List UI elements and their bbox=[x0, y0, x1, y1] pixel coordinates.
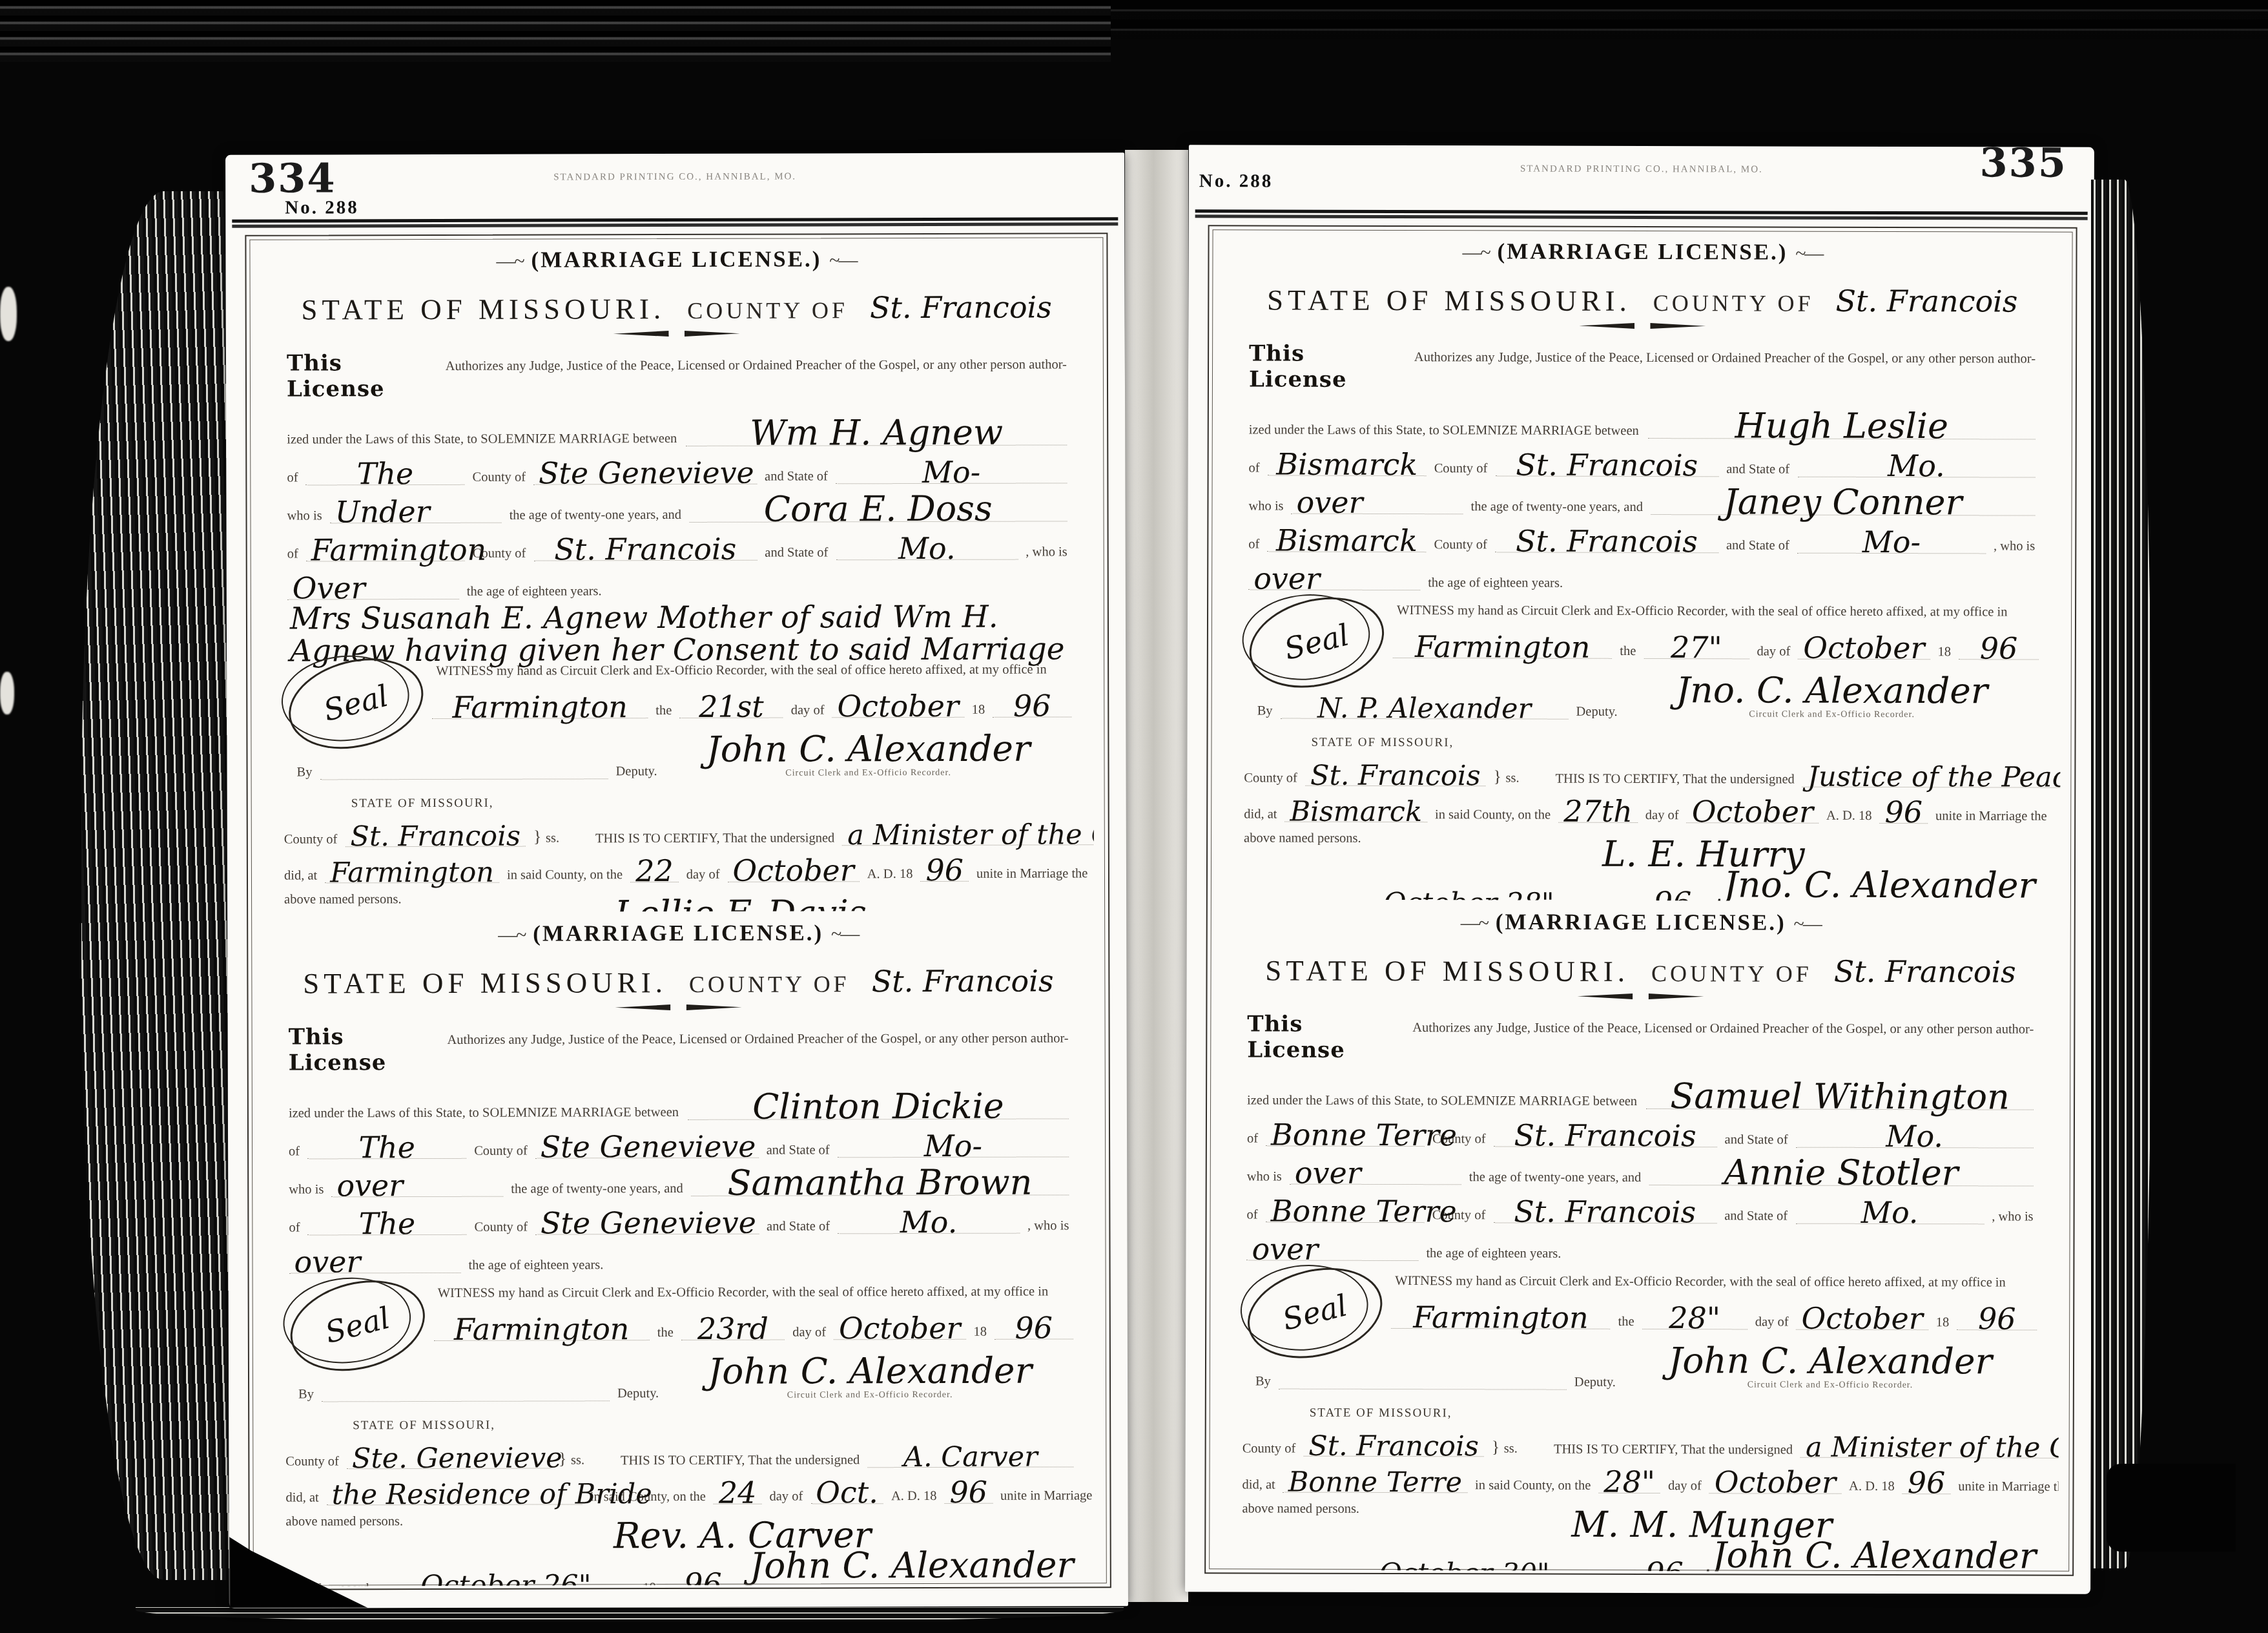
license-record-1: —~ (MARRIAGE LICENSE.) ~— STATE OF MISSO… bbox=[1222, 229, 2062, 901]
marriage-year: 96 bbox=[1908, 1470, 1946, 1495]
in-said-county-label: in said County, on the bbox=[507, 868, 623, 882]
consent-note-line-1 bbox=[292, 1278, 1067, 1280]
filed-label: Filed for record bbox=[1242, 1568, 1325, 1572]
unite-label: unite in Marriage the bbox=[1958, 1479, 2060, 1494]
county-label: COUNTY OF bbox=[1653, 289, 1814, 317]
filed-year: 96 bbox=[1645, 1561, 1684, 1572]
marriage-license-record: —~ (MARRIAGE LICENSE.) ~— STATE OF MISSO… bbox=[260, 236, 1094, 912]
day-of-label: day of bbox=[792, 1325, 826, 1340]
authorization-line-1: This License Authorizes any Judge, Justi… bbox=[289, 1022, 1069, 1076]
bride-residence-blank: Bonne Terre bbox=[1266, 1196, 1425, 1223]
certificate-county-line: County of St. Francois ss. THIS IS TO CE… bbox=[1242, 1420, 2037, 1458]
certificate-county-blank: St. Francois bbox=[345, 822, 526, 847]
county-of-label: County of bbox=[472, 470, 526, 485]
witness-year: 96 bbox=[1978, 1306, 2016, 1331]
seal-handwritten: Seal bbox=[323, 1305, 392, 1346]
witness-year-blank: 96 bbox=[1959, 633, 2039, 660]
bride-age: over bbox=[1252, 1236, 1318, 1262]
witness-signature-line: By N. P. Alexander Deputy. Jno. C. Alexa… bbox=[1257, 664, 2039, 720]
marriage-month-blank: October bbox=[727, 855, 859, 882]
did-at-label: did, at bbox=[1242, 1477, 1275, 1492]
who-is-label: , who is bbox=[1026, 545, 1067, 559]
form-border: —~ (MARRIAGE LICENSE.) ~— STATE OF MISSO… bbox=[245, 233, 1111, 1590]
certificate-state-label: STATE OF MISSOURI, bbox=[1310, 1406, 2037, 1422]
of-label: of bbox=[1249, 461, 1260, 475]
officiant-blank: A. Carver bbox=[867, 1442, 1073, 1468]
age-18-label: the age of eighteen years. bbox=[467, 584, 602, 599]
witness-section: Seal WITNESS my hand as Circuit Clerk an… bbox=[273, 1284, 1073, 1402]
ss-label: ss. bbox=[1494, 767, 1520, 786]
flourish-left-icon: —~ bbox=[1461, 912, 1488, 933]
divider-ornament-icon bbox=[270, 329, 1084, 337]
filed-year: 96 bbox=[1654, 890, 1692, 902]
this-license-label: This License bbox=[1247, 1011, 1403, 1063]
seal-handwritten: Seal bbox=[1281, 1293, 1350, 1333]
bride-residence-blank: Bismarck bbox=[1267, 525, 1426, 552]
recorder-signature-block: John C. Alexander Circuit Clerk and Ex-O… bbox=[750, 1550, 1074, 1586]
groom-county: St. Francois bbox=[1516, 452, 1698, 478]
witness-place-blank: Farmington bbox=[1393, 632, 1613, 659]
of-label: of bbox=[289, 1145, 300, 1160]
groom-county: St. Francois bbox=[1514, 1123, 1696, 1149]
county-label: COUNTY OF bbox=[689, 970, 850, 998]
auth-text-1: Authorizes any Judge, Justice of the Pea… bbox=[447, 1031, 1068, 1048]
officiant-title: a Minister of the Gospel bbox=[1806, 1436, 2060, 1461]
bride-name-blank: Janey Conner bbox=[1651, 484, 2036, 516]
authorization-line-2: ized under the Laws of this State, to SO… bbox=[289, 1076, 1069, 1121]
county-of-label: County of bbox=[474, 1144, 528, 1159]
groom-age: Under bbox=[335, 499, 430, 525]
witness-date-line: Farmington the 28" day of October 18 96 bbox=[1391, 1289, 2037, 1331]
in-said-county-label: in said County, on the bbox=[1435, 807, 1551, 822]
witness-statement: WITNESS my hand as Circuit Clerk and Ex-… bbox=[438, 1284, 1073, 1301]
flourish-left-icon: —~ bbox=[498, 924, 525, 946]
certificate-county-blank: St. Francois bbox=[1303, 1432, 1484, 1457]
top-rule bbox=[1195, 209, 2088, 215]
divider-ornament-icon bbox=[272, 1003, 1086, 1011]
ad-18-label: A. D. 18 bbox=[1849, 1479, 1895, 1494]
authorization-line-2: ized under the Laws of this State, to SO… bbox=[1249, 395, 2036, 439]
state-of-label: and State of bbox=[767, 1219, 830, 1234]
witness-day-blank: 21st bbox=[679, 691, 783, 718]
state-county-line: STATE OF MISSOURI. COUNTY OF St. Francoi… bbox=[1232, 283, 2052, 318]
authorization-line-1: This License Authorizes any Judge, Justi… bbox=[1249, 340, 2036, 394]
consent-note-line-1 bbox=[1251, 596, 2032, 598]
witness-month-blank: October bbox=[832, 691, 964, 718]
did-at-label: did, at bbox=[1244, 807, 1277, 822]
witness-year-blank: 96 bbox=[995, 1313, 1073, 1339]
groom-name: Wm H. Agnew bbox=[750, 418, 1003, 448]
marriage-year-blank: 96 bbox=[1902, 1468, 1951, 1494]
groom-name-blank: Hugh Leslie bbox=[1648, 408, 2036, 440]
witness-month: October bbox=[1801, 1306, 1923, 1332]
marriage-year: 96 bbox=[949, 1480, 987, 1505]
page-stack-left-edge bbox=[81, 191, 231, 1580]
witness-day: 28" bbox=[1669, 1305, 1720, 1331]
license-title: —~ (MARRIAGE LICENSE.) ~— bbox=[271, 919, 1085, 947]
who-is-label: , who is bbox=[1992, 1209, 2033, 1224]
witness-year-blank: 96 bbox=[993, 691, 1071, 717]
certificate-state-label: STATE OF MISSOURI, bbox=[351, 795, 1072, 811]
witness-date-line: Farmington the 27" day of October 18 96 bbox=[1393, 618, 2039, 660]
auth-text-2: ized under the Laws of this State, to SO… bbox=[289, 1105, 679, 1121]
seal-handwritten: Seal bbox=[1282, 623, 1351, 663]
county-label: COUNTY OF bbox=[687, 296, 848, 324]
consent-note-line-1 bbox=[1249, 1267, 2030, 1269]
marriage-year-blank: 96 bbox=[1880, 797, 1928, 824]
bride-age-blank: Over bbox=[287, 573, 459, 600]
groom-county: Ste Genevieve bbox=[539, 461, 754, 486]
bride-state-blank: Mo. bbox=[838, 1207, 1020, 1234]
witness-month: October bbox=[837, 694, 958, 720]
authorization-line-1: This License Authorizes any Judge, Justi… bbox=[1247, 1011, 2034, 1065]
license-title-text: (MARRIAGE LICENSE.) bbox=[1498, 238, 1788, 264]
license-title: —~ (MARRIAGE LICENSE.) ~— bbox=[269, 245, 1083, 273]
deputy-name-blank bbox=[1279, 1377, 1567, 1390]
age-18-label: the age of eighteen years. bbox=[1428, 576, 1563, 591]
auth-text-1: Authorizes any Judge, Justice of the Pea… bbox=[1414, 350, 2036, 367]
certify-statement: THIS IS TO CERTIFY, That the undersigned bbox=[1554, 1442, 1793, 1458]
groom-age-blank: Under bbox=[330, 497, 502, 524]
did-at-label: did, at bbox=[284, 868, 317, 883]
groom-residence-blank: The bbox=[305, 459, 464, 486]
deputy-name-blank: N. P. Alexander bbox=[1281, 694, 1569, 720]
certificate-county: St. Francois bbox=[350, 825, 521, 849]
county-of-label: County of bbox=[474, 1220, 528, 1235]
page-stack-bottom-edge bbox=[136, 1607, 1124, 1621]
bride-county: St. Francois bbox=[554, 537, 736, 563]
marriage-day: 22 bbox=[635, 858, 674, 884]
groom-age-blank: over bbox=[1290, 1158, 1461, 1185]
clerk-signature: Jno. C. Alexander bbox=[1676, 669, 1988, 711]
year-prefix-label: 18 bbox=[1603, 1570, 1617, 1572]
certificate-county: Ste. Genevieve bbox=[352, 1446, 562, 1470]
witness-day-blank: 27" bbox=[1644, 632, 1749, 659]
witness-section: Seal WITNESS my hand as Circuit Clerk an… bbox=[271, 662, 1071, 780]
county-of-label: County of bbox=[1434, 537, 1487, 552]
bride-residence-blank: The bbox=[307, 1209, 466, 1236]
flourish-right-icon: ~— bbox=[1793, 913, 1820, 935]
clerk-signature: John C. Alexander bbox=[1668, 1340, 1992, 1382]
license-record-2: —~ (MARRIAGE LICENSE.) ~— STATE OF MISSO… bbox=[262, 910, 1096, 1586]
license-title-text: (MARRIAGE LICENSE.) bbox=[1496, 909, 1786, 935]
license-record-2: —~ (MARRIAGE LICENSE.) ~— STATE OF MISSO… bbox=[1220, 899, 2060, 1572]
page-334: 334 No. 288 STANDARD PRINTING CO., HANNI… bbox=[225, 152, 1128, 1608]
groom-state-blank: Mo. bbox=[1795, 1121, 2034, 1149]
marriage-day-blank: 28" bbox=[1598, 1467, 1660, 1493]
groom-residence-blank: Bismarck bbox=[1268, 449, 1427, 476]
bride-state: Mo. bbox=[1861, 1200, 1919, 1225]
unite-label: unite in Marriage the bbox=[1000, 1488, 1096, 1503]
bride-age: over bbox=[294, 1249, 360, 1274]
bride-state: Mo. bbox=[898, 536, 956, 561]
clerk-signature: John C. Alexander bbox=[708, 1350, 1032, 1392]
state-label: STATE OF MISSOURI. bbox=[1267, 283, 1631, 317]
form-number: No. 288 bbox=[285, 197, 359, 218]
who-is-label: , who is bbox=[1027, 1218, 1069, 1233]
witness-place-blank: Farmington bbox=[1391, 1302, 1611, 1329]
witness-month-blank: October bbox=[1798, 633, 1930, 660]
marriage-place: Farmington bbox=[330, 861, 494, 885]
marriage-month: October bbox=[1692, 799, 1813, 825]
groom-residence: Bismarck bbox=[1276, 452, 1417, 478]
certificate-county: St. Francois bbox=[1308, 1435, 1479, 1459]
groom-state: Mo- bbox=[924, 1134, 982, 1159]
witness-day: 27" bbox=[1671, 635, 1722, 660]
officiant-blank: a Minister of the Gospel bbox=[842, 820, 1094, 846]
witness-signature-line: By Deputy. John C. Alexander Circuit Cle… bbox=[298, 1346, 1073, 1402]
auth-text-2: ized under the Laws of this State, to SO… bbox=[1249, 422, 1639, 439]
filed-date-blank: October 26" bbox=[376, 1571, 635, 1586]
groom-name-blank: Wm H. Agnew bbox=[686, 415, 1067, 446]
officiant-title: A. Carver bbox=[903, 1446, 1038, 1470]
certificate-section: STATE OF MISSOURI, County of St. Francoi… bbox=[284, 795, 1073, 912]
county-of-label: County of bbox=[285, 1454, 339, 1469]
marriage-place-blank: Bismarck bbox=[1284, 798, 1427, 823]
groom-state: Mo. bbox=[1886, 1124, 1943, 1149]
certificate-state-label: STATE OF MISSOURI, bbox=[353, 1417, 1073, 1433]
witness-statement: WITNESS my hand as Circuit Clerk and Ex-… bbox=[1397, 603, 2039, 620]
unite-label: unite in Marriage the bbox=[976, 866, 1088, 881]
ad-18-label: A. D. 18 bbox=[891, 1489, 937, 1504]
county-handwritten: St. Francois bbox=[1834, 959, 2016, 985]
marriage-day-blank: 27th bbox=[1558, 796, 1638, 823]
the-label: the bbox=[655, 703, 672, 718]
this-license-label: This License bbox=[289, 1024, 438, 1076]
of-label: of bbox=[287, 471, 298, 486]
the-label: the bbox=[1620, 644, 1636, 659]
groom-state: Mo- bbox=[922, 460, 980, 485]
consent-note-line-2: Agnew having given her Consent to said M… bbox=[290, 636, 1065, 664]
bride-state: Mo- bbox=[1862, 530, 1921, 555]
flourish-right-icon: ~— bbox=[831, 923, 858, 944]
witness-statement: WITNESS my hand as Circuit Clerk and Ex-… bbox=[1395, 1274, 2037, 1291]
year-prefix-label: 18 bbox=[972, 703, 985, 718]
county-of-label: County of bbox=[1434, 461, 1488, 476]
book-spine bbox=[1125, 150, 1188, 1602]
marriage-day-blank: 22 bbox=[630, 856, 679, 882]
witness-place: Farmington bbox=[452, 694, 628, 720]
who-is-label: who is bbox=[289, 1182, 324, 1197]
filed-date: October 26" bbox=[420, 1574, 591, 1586]
groom-residence: The bbox=[357, 461, 414, 486]
witness-place-blank: Farmington bbox=[432, 692, 648, 719]
witness-signature-line: By Deputy. John C. Alexander Circuit Cle… bbox=[1255, 1335, 2037, 1391]
above-named-label: above named persons. bbox=[284, 892, 402, 907]
bride-county: St. Francois bbox=[1516, 528, 1698, 554]
in-said-county-label: in said County, on the bbox=[1475, 1478, 1591, 1493]
scanner-streaks bbox=[0, 0, 1111, 62]
by-label: By bbox=[1257, 703, 1273, 718]
scanner-streaks bbox=[1111, 0, 2268, 39]
divider-ornament-icon bbox=[1230, 992, 2050, 1000]
marriage-license-record: —~ (MARRIAGE LICENSE.) ~— STATE OF MISSO… bbox=[1220, 899, 2060, 1572]
state-of-label: and State of bbox=[1724, 1209, 1788, 1223]
flourish-right-icon: ~— bbox=[1795, 243, 1822, 264]
groom-county: Ste Genevieve bbox=[541, 1134, 756, 1160]
marriage-month-blank: October bbox=[1687, 796, 1819, 824]
witness-day: 21st bbox=[699, 694, 764, 720]
bride-residence-blank: Farmington bbox=[306, 535, 465, 562]
license-title: —~ (MARRIAGE LICENSE.) ~— bbox=[1232, 238, 2052, 265]
filed-year-blank: 96 bbox=[1632, 888, 1713, 902]
auth-text-1: Authorizes any Judge, Justice of the Pea… bbox=[1412, 1021, 2034, 1037]
marriage-place-blank: Bonne Terre bbox=[1283, 1468, 1467, 1493]
auth-text-2: ized under the Laws of this State, to SO… bbox=[287, 432, 677, 448]
certificate-county-blank: Ste. Genevieve bbox=[347, 1444, 551, 1470]
age-18-label: the age of eighteen years. bbox=[1426, 1246, 1561, 1262]
ss-label: ss. bbox=[1492, 1437, 1518, 1457]
the-label: the bbox=[657, 1326, 674, 1340]
clerk-signature-block: John C. Alexander Circuit Clerk and Ex-O… bbox=[665, 733, 1072, 779]
recorder-signature-block: John C. Alexander Circuit Clerk and Ex-O… bbox=[1712, 1540, 2036, 1572]
county-of-label: County of bbox=[284, 832, 338, 847]
witness-place: Farmington bbox=[454, 1316, 630, 1342]
license-title-text: (MARRIAGE LICENSE.) bbox=[533, 920, 823, 946]
bride-county: Ste Genevieve bbox=[541, 1211, 756, 1236]
witness-day-blank: 28" bbox=[1642, 1303, 1747, 1329]
bride-residence: The bbox=[359, 1211, 416, 1236]
groom-age: over bbox=[1297, 490, 1363, 515]
state-of-label: and State of bbox=[765, 545, 828, 560]
state-of-label: and State of bbox=[1726, 462, 1789, 477]
state-county-line: STATE OF MISSOURI. COUNTY OF St. Francoi… bbox=[1231, 953, 2051, 989]
by-label: By bbox=[298, 1387, 314, 1402]
year-prefix-label: 18 bbox=[643, 1581, 656, 1586]
ad-18-label: A. D. 18 bbox=[1826, 809, 1872, 824]
authorization-line-1: This License Authorizes any Judge, Justi… bbox=[287, 348, 1067, 402]
ad-18-label: A. D. 18 bbox=[867, 867, 913, 882]
recorder-signature: John C. Alexander bbox=[1712, 1534, 2036, 1572]
witness-month: October bbox=[1803, 636, 1924, 661]
recorder-signature: Jno. C. Alexander bbox=[1724, 864, 2036, 901]
did-at-label: did, at bbox=[285, 1490, 318, 1505]
marriage-day: 27th bbox=[1563, 799, 1633, 824]
bride-residence: Bonne Terre bbox=[1271, 1199, 1457, 1225]
county-handwritten: St. Francois bbox=[870, 295, 1052, 320]
bride-age-blank: over bbox=[1248, 563, 1420, 590]
groom-state-blank: Mo- bbox=[838, 1130, 1069, 1158]
bride-state-blank: Mo. bbox=[836, 534, 1018, 561]
of-label: of bbox=[287, 547, 298, 562]
witness-place-blank: Farmington bbox=[434, 1314, 650, 1341]
this-license-label: This License bbox=[287, 350, 437, 402]
certify-statement: THIS IS TO CERTIFY, That the undersigned bbox=[595, 831, 834, 846]
officiant-title: Justice of the Peace bbox=[1808, 765, 2062, 790]
witness-month-blank: October bbox=[1796, 1304, 1928, 1331]
certificate-county-line: County of Ste. Genevieve ss. THIS IS TO … bbox=[285, 1431, 1073, 1469]
bride-residence: Farmington bbox=[311, 537, 487, 563]
by-label: By bbox=[1255, 1374, 1271, 1389]
certificate-section: STATE OF MISSOURI, County of St. Francoi… bbox=[1244, 735, 2039, 901]
witness-year: 96 bbox=[1980, 636, 2018, 661]
auth-text-1: Authorizes any Judge, Justice of the Pea… bbox=[446, 357, 1067, 374]
recorder-signature-block: Jno. C. Alexander Circuit Clerk and Ex-O… bbox=[1721, 869, 2038, 901]
groom-state-blank: Mo- bbox=[836, 457, 1067, 484]
marriage-year-blank: 96 bbox=[944, 1477, 993, 1504]
printer-imprint: STANDARD PRINTING CO., HANNIBAL, MO. bbox=[1189, 163, 2094, 176]
witness-section: Seal WITNESS my hand as Circuit Clerk an… bbox=[1232, 603, 2039, 720]
consent-note-line-1: Mrs Susanah E. Agnew Mother of said Wm H… bbox=[290, 604, 1065, 632]
groom-county-blank: Ste Genevieve bbox=[535, 1132, 759, 1159]
marriage-month: Oct. bbox=[816, 1480, 878, 1505]
bride-name-blank: Cora E. Doss bbox=[689, 491, 1067, 523]
officiant-blank: a Minister of the Gospel bbox=[1800, 1433, 2060, 1459]
bride-state-blank: Mo. bbox=[1795, 1198, 1984, 1225]
deputy-name: N. P. Alexander bbox=[1317, 697, 1531, 721]
deputy-name-blank bbox=[320, 767, 608, 780]
witness-day: 23rd bbox=[697, 1316, 768, 1342]
witness-year: 96 bbox=[1013, 693, 1051, 718]
marriage-day: 28" bbox=[1603, 1470, 1655, 1495]
of-label: of bbox=[1247, 1207, 1258, 1222]
officiant-signature: Lellie F. Davis bbox=[615, 892, 867, 913]
the-label: the bbox=[1618, 1315, 1634, 1329]
day-of-label: day of bbox=[1755, 1315, 1789, 1329]
marriage-year: 96 bbox=[1885, 800, 1923, 825]
state-label: STATE OF MISSOURI. bbox=[301, 292, 665, 326]
clerk-signature: John C. Alexander bbox=[706, 727, 1031, 769]
groom-name: Clinton Dickie bbox=[752, 1092, 1004, 1122]
witness-signature-line: By Deputy. John C. Alexander Circuit Cle… bbox=[296, 723, 1071, 780]
certify-statement: THIS IS TO CERTIFY, That the undersigned bbox=[621, 1453, 860, 1468]
county-label: COUNTY OF bbox=[1651, 960, 1812, 988]
marriage-year-blank: 96 bbox=[920, 855, 969, 882]
witness-day-blank: 23rd bbox=[681, 1314, 785, 1340]
groom-state-blank: Mo. bbox=[1797, 451, 2036, 478]
marriage-month: October bbox=[1715, 1470, 1836, 1495]
day-of-label: day of bbox=[1668, 1479, 1702, 1493]
marriage-month-blank: Oct. bbox=[810, 1477, 883, 1504]
groom-residence-blank: The bbox=[307, 1132, 466, 1160]
clerk-signature-block: John C. Alexander Circuit Clerk and Ex-O… bbox=[666, 1355, 1073, 1401]
flourish-left-icon: —~ bbox=[1463, 242, 1490, 263]
bride-name: Annie Stotler bbox=[1724, 1158, 1959, 1188]
state-label: STATE OF MISSOURI. bbox=[303, 966, 667, 1000]
bride-name-blank: Samantha Brown bbox=[691, 1165, 1069, 1196]
marriage-day-blank: 24 bbox=[714, 1478, 762, 1504]
authorization-line-2: ized under the Laws of this State, to SO… bbox=[1247, 1065, 2034, 1110]
groom-name: Samuel Withington bbox=[1670, 1081, 2010, 1112]
page-tab-notch bbox=[2107, 1464, 2236, 1552]
certificate-county: St. Francois bbox=[1310, 764, 1481, 788]
state-label: STATE OF MISSOURI. bbox=[1265, 953, 1629, 988]
witness-date-line: Farmington the 21st day of October 18 96 bbox=[432, 677, 1071, 719]
who-is-label: who is bbox=[1247, 1169, 1282, 1184]
above-named-label: above named persons. bbox=[1244, 831, 1361, 846]
ss-label: ss. bbox=[533, 827, 559, 846]
bride-name-blank: Annie Stotler bbox=[1649, 1155, 2034, 1187]
bride-county-blank: St. Francois bbox=[1493, 1196, 1716, 1223]
bride-county-blank: Ste Genevieve bbox=[535, 1208, 759, 1235]
of-label: of bbox=[289, 1221, 300, 1236]
certificate-county-blank: St. Francois bbox=[1305, 762, 1486, 787]
marriage-place: Bismarck bbox=[1290, 800, 1422, 824]
age-21-label: the age of twenty-one years, and bbox=[511, 1181, 683, 1197]
bride-state-blank: Mo- bbox=[1797, 527, 1986, 554]
county-handwritten: St. Francois bbox=[1835, 289, 2017, 315]
marriage-license-record: —~ (MARRIAGE LICENSE.) ~— STATE OF MISSO… bbox=[262, 910, 1096, 1586]
day-of-label: day of bbox=[1757, 644, 1790, 659]
year-prefix-label: 18 bbox=[1936, 1315, 1950, 1330]
marriage-year: 96 bbox=[925, 858, 964, 883]
groom-county-blank: St. Francois bbox=[1495, 450, 1718, 477]
witness-year-blank: 96 bbox=[1957, 1304, 2037, 1330]
witness-month-blank: October bbox=[834, 1313, 965, 1340]
form-border: —~ (MARRIAGE LICENSE.) ~— STATE OF MISSO… bbox=[1204, 225, 2077, 1576]
county-of-label: County of bbox=[1242, 1441, 1296, 1456]
filed-date: October 30" bbox=[1379, 1562, 1549, 1572]
